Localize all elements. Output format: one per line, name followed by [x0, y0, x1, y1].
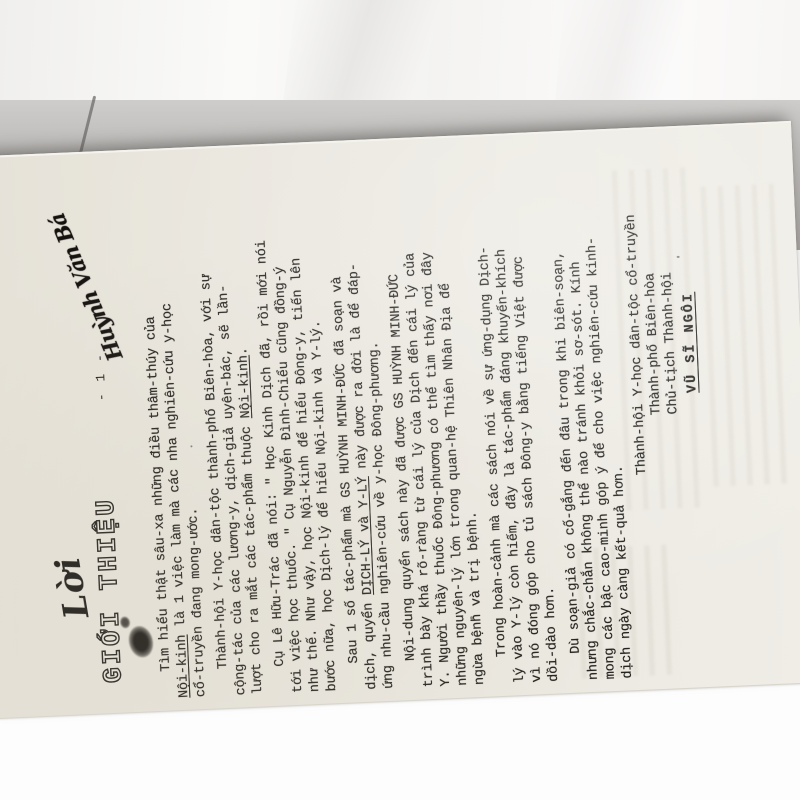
- paragraph: Trong hoàn-cảnh mà các sách nói về sự ứn…: [473, 184, 563, 684]
- bleedthrough-text-ghost: [690, 184, 787, 487]
- dust-speck: [190, 445, 192, 447]
- page-title: GIỚI THIỆU: [91, 496, 129, 683]
- paragraph: Nội-dung quyển sách này đã được GS HUỲNH…: [382, 187, 489, 688]
- dust-speck: [291, 645, 293, 647]
- handwritten-title-word: Lời: [48, 553, 98, 621]
- dust-speck: [470, 616, 473, 619]
- ink-blot: [125, 623, 156, 660]
- paragraph: Dù soạn-giả có cố-gắng đến đâu trong khi…: [547, 181, 637, 681]
- document-page: Lời GIỚI THIỆU - 1 - Huỳnh Văn Bá Tìm hi…: [0, 121, 800, 719]
- paragraph: Cụ Lê Hữu-Trác đã nói: " Học Kinh Dịch đ…: [252, 194, 342, 694]
- handwritten-inscription: Huỳnh Văn Bá: [44, 210, 127, 365]
- cloth-fold-shadow: [555, 0, 685, 115]
- page-body-text: Tìm hiểu thật sâu-xa những điều thâm-thú…: [138, 180, 643, 699]
- photo-of-document: Lời GIỚI THIỆU - 1 - Huỳnh Văn Bá Tìm hi…: [0, 0, 800, 800]
